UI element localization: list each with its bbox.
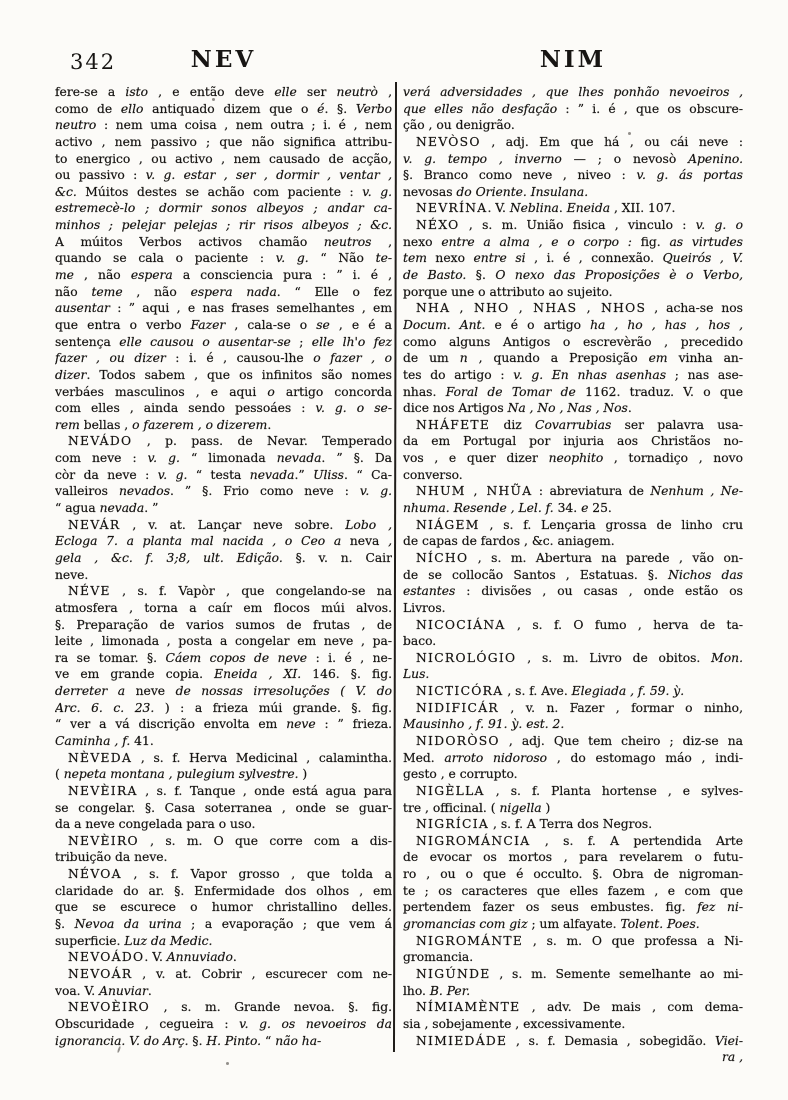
headword: NIGROMÁNTE bbox=[416, 934, 523, 948]
text-run: “ testa bbox=[187, 468, 249, 482]
italic-text: elle bbox=[274, 85, 296, 99]
headword: NEVÁDO bbox=[68, 434, 132, 448]
scan-speck bbox=[226, 1062, 229, 1065]
text-line: me , não espera a consciencia pura : ” i… bbox=[55, 267, 392, 284]
italic-text: O nexo das Proposições è o Verbo, bbox=[495, 268, 743, 282]
text-line: de se collocão Santos , Estatuas. §. Nic… bbox=[403, 567, 743, 584]
text-line: NEVÁR , v. at. Lançar neve sobre. Lobo , bbox=[55, 517, 392, 534]
text-line: ignorancia. V. do Arç. §. H. Pinto. “ nã… bbox=[55, 1033, 392, 1050]
text-line: verbáes masculinos , e aqui o artigo con… bbox=[55, 384, 392, 401]
text-run: tre , officinal. ( bbox=[403, 801, 499, 815]
text-line: converso. bbox=[403, 467, 743, 484]
text-run: 41. bbox=[130, 734, 153, 748]
italic-text: entre a alma , e o corpo : bbox=[441, 235, 632, 249]
italic-text: Caminha , f. bbox=[55, 734, 130, 748]
italic-text: Arc. 6. c. 23. bbox=[55, 701, 154, 715]
headword: NICROLÓGIO bbox=[416, 651, 516, 665]
italic-text: Anuviar bbox=[99, 984, 148, 998]
text-line: sentença elle causou o ausentar-se ; ell… bbox=[55, 334, 392, 351]
text-run: fig. bbox=[632, 235, 670, 249]
italic-text: Verbo bbox=[356, 102, 392, 116]
text-line: NÉVOA , s. f. Vapor grosso , que tolda a bbox=[55, 866, 392, 883]
text-run: , s. m. Grande nevoa. §. fig. bbox=[150, 1000, 392, 1014]
text-line: rem bellas , o fazerem , o dizerem. bbox=[55, 417, 392, 434]
text-line: tes do artigo : v. g. En nhas asenhas ; … bbox=[403, 367, 743, 384]
text-run: Livros. bbox=[403, 601, 446, 615]
text-run: : abreviatura de bbox=[532, 484, 650, 498]
text-line: com elles , ainda sendo pessoáes : v. g.… bbox=[55, 400, 392, 417]
text-run: ) : a frieza múi grande. §. fig. bbox=[154, 701, 392, 715]
italic-text: dizer bbox=[55, 368, 86, 382]
headword: NEVRÍNA bbox=[416, 201, 487, 215]
text-run: . bbox=[559, 201, 567, 215]
text-line: como alguns Antigos o escrevèrão , prece… bbox=[403, 334, 743, 351]
italic-text: espera nada bbox=[191, 285, 277, 299]
text-run: . ” §. Frio como neve : bbox=[170, 484, 360, 498]
text-run: valleiros bbox=[55, 484, 119, 498]
text-run: §. Branco como neve , niveo : bbox=[403, 168, 636, 182]
text-run: , p. pass. de Nevar. Temperado bbox=[132, 434, 392, 448]
italic-text: minhos ; pelejar pelejas ; rir risos alb… bbox=[55, 218, 392, 232]
text-run: , s. f. Planta hortense , e sylves- bbox=[485, 784, 743, 798]
italic-text: Elegiada , f. 59. ỳ. bbox=[572, 684, 685, 698]
text-line: ve em grande copia. Eneida , XI. 146. §.… bbox=[55, 666, 392, 683]
text-run: como alguns Antigos o escrevèrão , prece… bbox=[403, 335, 743, 349]
text-line: NIDIFICÁR , v. n. Fazer , formar o ninho… bbox=[403, 700, 743, 717]
text-line: còr da neve : v. g. “ testa nevada.” Uli… bbox=[55, 467, 392, 484]
text-line: NÉVE , s. f. Vapòr , que congelando-se n… bbox=[55, 583, 392, 600]
text-run: que se escurece o humor christallino del… bbox=[55, 900, 392, 914]
text-line: neutro : nem uma coisa , nem outra ; i. … bbox=[55, 117, 392, 134]
text-line: NICOCIÁNA , s. f. O fumo , herva de ta- bbox=[403, 617, 743, 634]
text-run: activo , nem passivo ; que não significa… bbox=[55, 135, 392, 149]
text-line: gromancia. bbox=[403, 949, 743, 966]
italic-text: verá adversidades , que lhes ponhão nevo… bbox=[403, 85, 743, 99]
italic-text: Tolent. Poes. bbox=[621, 917, 700, 931]
text-run: artigo concorda bbox=[275, 385, 392, 399]
text-run: vos , e quer dizer bbox=[403, 451, 549, 465]
text-run: bellas , bbox=[80, 418, 132, 432]
italic-text: estantes bbox=[403, 584, 455, 598]
text-line: que elles não desfação : ” i. é , que os… bbox=[403, 101, 743, 118]
italic-text: ra , bbox=[722, 1050, 743, 1064]
text-run: da a neve congelada para o uso. bbox=[55, 817, 255, 831]
text-run: , s. f. O fumo , herva de ta- bbox=[506, 618, 743, 632]
text-line: estantes : divisões , ou casas , onde es… bbox=[403, 583, 743, 600]
text-run: nhas. bbox=[403, 385, 446, 399]
text-line: dice nos Artigos Na , No , Nas , Nos. bbox=[403, 400, 743, 417]
text-line: não teme , não espera nada. “ Elle o fez bbox=[55, 284, 392, 301]
italic-text: , bbox=[388, 534, 392, 548]
text-line: da a neve congelada para o uso. bbox=[55, 816, 392, 833]
text-line: NEVOÁR , v. at. Cobrir , escurecer com n… bbox=[55, 966, 392, 983]
text-run: ; a evaporação ; que vem á bbox=[182, 917, 392, 931]
text-line: atmosfera , torna a caír em flocos múi a… bbox=[55, 600, 392, 617]
italic-text: Apenino. bbox=[688, 152, 743, 166]
italic-text: H. Pinto. bbox=[206, 1034, 261, 1048]
text-line: valleiros nevados. ” §. Frio como neve :… bbox=[55, 483, 392, 500]
text-line: voa. V. Anuviar. bbox=[55, 983, 392, 1000]
italic-text: derreter a bbox=[55, 684, 125, 698]
text-line: ausentar : ” aqui , e nas frases semelha… bbox=[55, 300, 392, 317]
headword: NEVÒSO bbox=[416, 135, 481, 149]
italic-text: nevada bbox=[100, 501, 145, 515]
italic-text: Eneida bbox=[567, 201, 610, 215]
text-line: &c. Múitos destes se achão com paciente … bbox=[55, 184, 392, 201]
italic-text: Nichos das bbox=[668, 568, 743, 582]
italic-text: Cáem copos de neve bbox=[166, 651, 308, 665]
text-run: verbáes masculinos , e aqui bbox=[55, 385, 267, 399]
text-line: com neve : v. g. “ limonada nevada. ” §.… bbox=[55, 450, 392, 467]
italic-text: v. g. bbox=[158, 468, 188, 482]
text-line: Docum. Ant. e é o artigo ha , ho , has ,… bbox=[403, 317, 743, 334]
text-run: §. bbox=[189, 1034, 207, 1048]
text-run: a consciencia pura : ” i. é , bbox=[173, 268, 392, 282]
text-run: tribuição da neve. bbox=[55, 850, 167, 864]
headword: NIMIEDÁDE bbox=[416, 1034, 507, 1048]
text-line: nexo entre a alma , e o corpo : fig. as … bbox=[403, 234, 743, 251]
text-run: , e então deve bbox=[148, 85, 274, 99]
text-run: “ agua bbox=[55, 501, 100, 515]
italic-text: v. g. o se- bbox=[315, 401, 392, 415]
running-head-right: NIM bbox=[403, 46, 743, 76]
text-run: , quando a Preposição bbox=[468, 351, 649, 365]
text-line: porque une o attributo ao sujeito. bbox=[403, 284, 743, 301]
text-run: : divisões , ou casas , onde estão os bbox=[455, 584, 743, 598]
text-run: . “ Elle o fez bbox=[277, 285, 392, 299]
text-run: , s. m. Livro de obitos. bbox=[516, 651, 711, 665]
text-line: que entra o verbo Fazer , cala-se o se ,… bbox=[55, 317, 392, 334]
text-run: , do estomago máo , indi- bbox=[547, 751, 743, 765]
italic-text: arroto nidoroso bbox=[444, 751, 547, 765]
italic-text: Viei- bbox=[715, 1034, 743, 1048]
text-line: NICROLÓGIO , s. m. Livro de obitos. Mon. bbox=[403, 650, 743, 667]
text-run: ou passivo : bbox=[55, 168, 146, 182]
headword: NICOCIÁNA bbox=[416, 618, 506, 632]
headword: NÉVOA bbox=[68, 867, 122, 881]
headword: NIGROMÁNCIA bbox=[416, 834, 530, 848]
italic-text: estremecè-lo ; dormir sonos albeyos ; an… bbox=[55, 201, 392, 215]
text-line: NEVÈIRA , s. f. Tanque , onde está agua … bbox=[55, 783, 392, 800]
text-line: NEVOÈIRO , s. m. Grande nevoa. §. fig. bbox=[55, 999, 392, 1016]
text-run: , tornadiço , novo bbox=[603, 451, 743, 465]
text-line: gela , &c. f. 3;8, ult. Edição. §. v. n.… bbox=[55, 550, 392, 567]
italic-text: gela , &c. f. 3;8, ult. Edição. bbox=[55, 551, 283, 565]
text-line: activo , nem passivo ; que não significa… bbox=[55, 134, 392, 151]
text-line: NÍCHO , s. m. Abertura na parede , vão o… bbox=[403, 550, 743, 567]
text-run: . “ Ca- bbox=[344, 468, 392, 482]
text-run: pertendem fazer os seus embustes. fig. bbox=[403, 900, 697, 914]
text-line: NICTICÓRA , s. f. Ave. Elegiada , f. 59.… bbox=[403, 683, 743, 700]
text-run: , s. f. A pertendida Arte bbox=[530, 834, 743, 848]
text-line: to energico , ou activo , nem causado de… bbox=[55, 151, 392, 168]
text-run: ) bbox=[299, 767, 308, 781]
text-line: leite , limonada , posta a congelar em n… bbox=[55, 633, 392, 650]
text-run: §. v. n. Cair bbox=[283, 551, 392, 565]
text-run: , não bbox=[74, 268, 131, 282]
italic-text: as virtudes bbox=[669, 235, 743, 249]
text-line: da em Portugal por injuria aos Christãos… bbox=[403, 433, 743, 450]
italic-text: v. g. ás portas bbox=[636, 168, 743, 182]
text-line: Med. arroto nidoroso , do estomago máo ,… bbox=[403, 750, 743, 767]
italic-text: v. g. o bbox=[696, 218, 743, 232]
text-run: de se collocão Santos , Estatuas. §. bbox=[403, 568, 668, 582]
italic-text: neutro bbox=[55, 118, 96, 132]
italic-text: o fazerem , o dizerem bbox=[132, 418, 267, 432]
text-line: ou passivo : v. g. estar , ser , dormir … bbox=[55, 167, 392, 184]
italic-text: Annuviado bbox=[167, 950, 233, 964]
text-run: claridade do ar. §. Enfermidade dos olho… bbox=[55, 884, 392, 898]
text-line: Ecloga 7. a planta mal nacida , o Ceo a … bbox=[55, 533, 392, 550]
text-line: NEVÁDO , p. pass. de Nevar. Temperado bbox=[55, 433, 392, 450]
text-run: quando se cala o paciente : bbox=[55, 251, 276, 265]
text-run: §. bbox=[55, 917, 75, 931]
text-run: te ; os caracteres que elles fazem , e c… bbox=[403, 884, 743, 898]
text-run: , s. m. Abertura na parede , vão on- bbox=[468, 551, 743, 565]
text-run: vinha an- bbox=[668, 351, 743, 365]
text-run: — ; o nevosò bbox=[562, 152, 688, 166]
italic-text: Queirós , V. bbox=[663, 251, 743, 265]
text-run: , acha-se nos bbox=[646, 301, 743, 315]
text-run: ser palavra usa- bbox=[611, 418, 743, 432]
text-line: NHÁFETE diz Covarrubias ser palavra usa- bbox=[403, 417, 743, 434]
text-line: NIMIEDÁDE , s. f. Demasia , sobegidão. V… bbox=[403, 1033, 743, 1050]
text-run: . §. bbox=[324, 102, 355, 116]
text-run: sia , sobejamente , excessivamente. bbox=[403, 1017, 625, 1031]
text-line: NÍMIAMÈNTE , adv. De mais , com dema- bbox=[403, 999, 743, 1016]
text-run: neve bbox=[125, 684, 175, 698]
text-run: . V. bbox=[144, 950, 166, 964]
text-run: ) bbox=[542, 801, 551, 815]
text-line: nhuma. Resende , Lel. f. 34. e 25. bbox=[403, 500, 743, 517]
text-run: , s. f. Vapòr , que congelando-se na bbox=[111, 584, 392, 598]
text-run: “ limonada bbox=[180, 451, 277, 465]
text-line: NEVÒSO , adj. Em que há , ou cái neve : bbox=[403, 134, 743, 151]
text-run: , s. m. O que professa a Ni- bbox=[523, 934, 743, 948]
text-run: ro , ou o que é occulto. §. Obra de nigr… bbox=[403, 867, 743, 881]
italic-text: o fazer , o bbox=[313, 351, 392, 365]
italic-text: nevada bbox=[277, 451, 322, 465]
text-run: , v. n. Fazer , formar o ninho, bbox=[499, 701, 743, 715]
italic-text: v. g. bbox=[148, 451, 180, 465]
text-run: que entra o verbo bbox=[55, 318, 191, 332]
italic-text: Mausinho , f. 91. ỳ. est. 2. bbox=[403, 717, 564, 731]
catchword-line: ra , bbox=[403, 1049, 743, 1066]
italic-text: fez ni- bbox=[697, 900, 743, 914]
text-run: A múitos Verbos activos chamão bbox=[55, 235, 324, 249]
text-line: §. Branco como neve , niveo : v. g. ás p… bbox=[403, 167, 743, 184]
italic-text: ausentar bbox=[55, 301, 110, 315]
text-run: . bbox=[628, 401, 632, 415]
text-run: “ bbox=[261, 1034, 275, 1048]
text-run: . bbox=[267, 418, 271, 432]
italic-text: v. g. tempo , inverno bbox=[403, 152, 562, 166]
headword: NEVÁR bbox=[68, 518, 120, 532]
text-run: gesto , e corrupto. bbox=[403, 767, 518, 781]
text-run: ve em grande copia. bbox=[55, 667, 214, 681]
text-run: , adj. Que tem cheiro ; diz-se na bbox=[500, 734, 743, 748]
text-run: atmosfera , torna a caír em flocos múi a… bbox=[55, 601, 392, 615]
text-line: pertendem fazer os seus embustes. fig. f… bbox=[403, 899, 743, 916]
text-run: ; bbox=[291, 335, 312, 349]
italic-text: Covarrubias bbox=[535, 418, 611, 432]
text-line: Caminha , f. 41. bbox=[55, 733, 392, 750]
italic-text: Docum. Ant. bbox=[403, 318, 485, 332]
text-line: NEVRÍNA. V. Neblina. Eneida , XII. 107. bbox=[403, 200, 743, 217]
text-line: “ ver a vá discrição envolta em neve : ”… bbox=[55, 716, 392, 733]
text-run: , s. f. Demasia , sobegidão. bbox=[507, 1034, 715, 1048]
text-run: : ” frieza. bbox=[316, 717, 392, 731]
text-run: neva bbox=[341, 534, 388, 548]
text-run: , s. f. Ave. bbox=[503, 684, 571, 698]
italic-text: gromancias com giz bbox=[403, 917, 528, 931]
text-run: diz bbox=[490, 418, 535, 432]
text-line: Arc. 6. c. 23. ) : a frieza múi grande. … bbox=[55, 700, 392, 717]
text-line: Obscuridade , cegueira : v. g. os nevoei… bbox=[55, 1016, 392, 1033]
text-run: . ” §. Da bbox=[321, 451, 392, 465]
text-run: , XII. 107. bbox=[610, 201, 675, 215]
italic-text: entre si bbox=[474, 251, 526, 265]
text-run: . V. bbox=[487, 201, 509, 215]
text-run: , bbox=[378, 85, 392, 99]
italic-text: Na , No , Nas , Nos bbox=[508, 401, 628, 415]
text-run: to energico , ou activo , nem causado de… bbox=[55, 152, 392, 166]
text-run: como de bbox=[55, 102, 121, 116]
text-line: sia , sobejamente , excessivamente. bbox=[403, 1016, 743, 1033]
text-line: Mausinho , f. 91. ỳ. est. 2. bbox=[403, 716, 743, 733]
text-line: nevosas do Oriente. Insulana. bbox=[403, 184, 743, 201]
text-run: , e é a bbox=[330, 318, 392, 332]
scan-speck bbox=[212, 98, 215, 101]
italic-text: do Oriente. Insulana. bbox=[456, 185, 588, 199]
headword: NHÁFETE bbox=[416, 418, 490, 432]
text-line: ção , ou denigrão. bbox=[403, 117, 743, 134]
headword: NÉVE bbox=[68, 584, 111, 598]
text-line: minhos ; pelejar pelejas ; rir risos alb… bbox=[55, 217, 392, 234]
text-run: ra se tomar. §. bbox=[55, 651, 166, 665]
text-run: de capas de fardos , &c. aniagem. bbox=[403, 534, 615, 548]
text-line: de capas de fardos , &c. aniagem. bbox=[403, 533, 743, 550]
text-run: Obscuridade , cegueira : bbox=[55, 1017, 239, 1031]
text-run: : nem uma coisa , nem outra ; i. é , nem bbox=[96, 118, 392, 132]
text-line: “ agua nevada. ” bbox=[55, 500, 392, 517]
text-run: Múitos destes se achão com paciente : bbox=[77, 185, 363, 199]
headword: NÍMIAMÈNTE bbox=[416, 1000, 520, 1014]
text-run: ser bbox=[297, 85, 337, 99]
italic-text: v. g. bbox=[360, 484, 392, 498]
text-run: não bbox=[55, 285, 91, 299]
column-divider-rule bbox=[393, 82, 397, 1052]
text-run: . Todos sabem , que os infinitos são nom… bbox=[86, 368, 392, 382]
headword: NEVOÁDO bbox=[68, 950, 144, 964]
italic-text: espera bbox=[131, 268, 173, 282]
text-run: , s. m. Semente semelhante ao mi- bbox=[491, 967, 744, 981]
text-run: sentença bbox=[55, 335, 119, 349]
text-run: com elles , ainda sendo pessoáes : bbox=[55, 401, 315, 415]
italic-text: v. g. En nhas asenhas bbox=[513, 368, 666, 382]
headword: NEVÈIRA bbox=[68, 784, 138, 798]
text-run: còr da neve : bbox=[55, 468, 158, 482]
text-run: . bbox=[233, 950, 237, 964]
text-run: e é o artigo bbox=[485, 318, 590, 332]
text-line: quando se cala o paciente : v. g. “ Não … bbox=[55, 250, 392, 267]
text-line: de Basto. §. O nexo das Proposições è o … bbox=[403, 267, 743, 284]
text-run: porque une o attributo ao sujeito. bbox=[403, 285, 612, 299]
text-run: baco. bbox=[403, 634, 436, 648]
text-line: NIDORÒSO , adj. Que tem cheiro ; diz-se … bbox=[403, 733, 743, 750]
text-line: ( nepeta montana , pulegium sylvestre. ) bbox=[55, 766, 392, 783]
scanned-dictionary-page: 342 NEV NIM fere-se a isto , e então dev… bbox=[0, 0, 788, 1100]
italic-text: Uliss bbox=[313, 468, 344, 482]
text-line: lho. B. Per. bbox=[403, 983, 743, 1000]
text-line: que se escurece o humor christallino del… bbox=[55, 899, 392, 916]
text-line: te ; os caracteres que elles fazem , e c… bbox=[403, 883, 743, 900]
italic-text: o bbox=[267, 385, 274, 399]
text-run: : i. é , causou-lhe bbox=[166, 351, 313, 365]
text-run: nexo bbox=[427, 251, 474, 265]
running-head-left: NEV bbox=[55, 46, 392, 76]
text-run: , v. at. Cobrir , escurecer com ne- bbox=[132, 967, 392, 981]
italic-text: Luz da Medic. bbox=[124, 934, 212, 948]
text-line: A múitos Verbos activos chamão neutros , bbox=[55, 234, 392, 251]
italic-text: de Basto. bbox=[403, 268, 466, 282]
text-run: antiquado dizem que o bbox=[143, 102, 317, 116]
text-line: derreter a neve de nossas irresoluções (… bbox=[55, 683, 392, 700]
text-line: NIGRÍCIA , s. f. A Terra dos Negros. bbox=[403, 816, 743, 833]
italic-text: Eneida , XI. bbox=[214, 667, 301, 681]
headword: NICTICÓRA bbox=[416, 684, 503, 698]
italic-text: &c. bbox=[55, 185, 77, 199]
italic-text: elle lh'o fez bbox=[312, 335, 392, 349]
italic-text: que elles não desfação bbox=[403, 102, 557, 116]
text-run: lho. bbox=[403, 984, 430, 998]
text-line: Livros. bbox=[403, 600, 743, 617]
text-run: : ” aqui , e nas frases semelhantes , em bbox=[110, 301, 392, 315]
italic-text: nhuma. Resende , Lel. f. bbox=[403, 501, 554, 515]
text-run: , s. f. Tanque , onde está agua para bbox=[138, 784, 392, 798]
text-line: como de ello antiquado dizem que o é. §.… bbox=[55, 101, 392, 118]
italic-text: nevados bbox=[119, 484, 170, 498]
text-run: superficie. bbox=[55, 934, 124, 948]
italic-text: B. Per. bbox=[430, 984, 470, 998]
italic-text: nevada bbox=[250, 468, 295, 482]
italic-text: v. g. os nevoeiros da bbox=[239, 1017, 392, 1031]
text-run: tes do artigo : bbox=[403, 368, 513, 382]
text-line: nhas. Foral de Tomar de 1162. traduz. V.… bbox=[403, 384, 743, 401]
italic-text: nigella bbox=[499, 801, 541, 815]
text-run: gromancia. bbox=[403, 950, 473, 964]
italic-text: Mon. bbox=[711, 651, 743, 665]
text-line: gesto , e corrupto. bbox=[403, 766, 743, 783]
italic-text: Nenhum , Ne- bbox=[650, 484, 743, 498]
text-run: , s. f. Lençaria grossa de linho cru bbox=[480, 518, 743, 532]
text-line: se congelar. §. Casa soterranea , onde s… bbox=[55, 800, 392, 817]
text-run: , adv. De mais , com dema- bbox=[520, 1000, 743, 1014]
italic-text: ha , ho , has , hos , bbox=[590, 318, 743, 332]
text-line: tre , officinal. ( nigella ) bbox=[403, 800, 743, 817]
text-line: dizer. Todos sabem , que os infinitos sã… bbox=[55, 367, 392, 384]
text-line: superficie. Luz da Medic. bbox=[55, 933, 392, 950]
text-run: ; um alfayate. bbox=[528, 917, 621, 931]
text-line: estremecè-lo ; dormir sonos albeyos ; an… bbox=[55, 200, 392, 217]
text-run: neve. bbox=[55, 568, 88, 582]
text-line: fere-se a isto , e então deve elle ser n… bbox=[55, 84, 392, 101]
italic-text: se bbox=[316, 318, 330, 332]
text-run: , i. é , connexão. bbox=[526, 251, 663, 265]
italic-text: em bbox=[649, 351, 668, 365]
text-run: 34. bbox=[554, 501, 581, 515]
italic-text: Fazer bbox=[191, 318, 226, 332]
